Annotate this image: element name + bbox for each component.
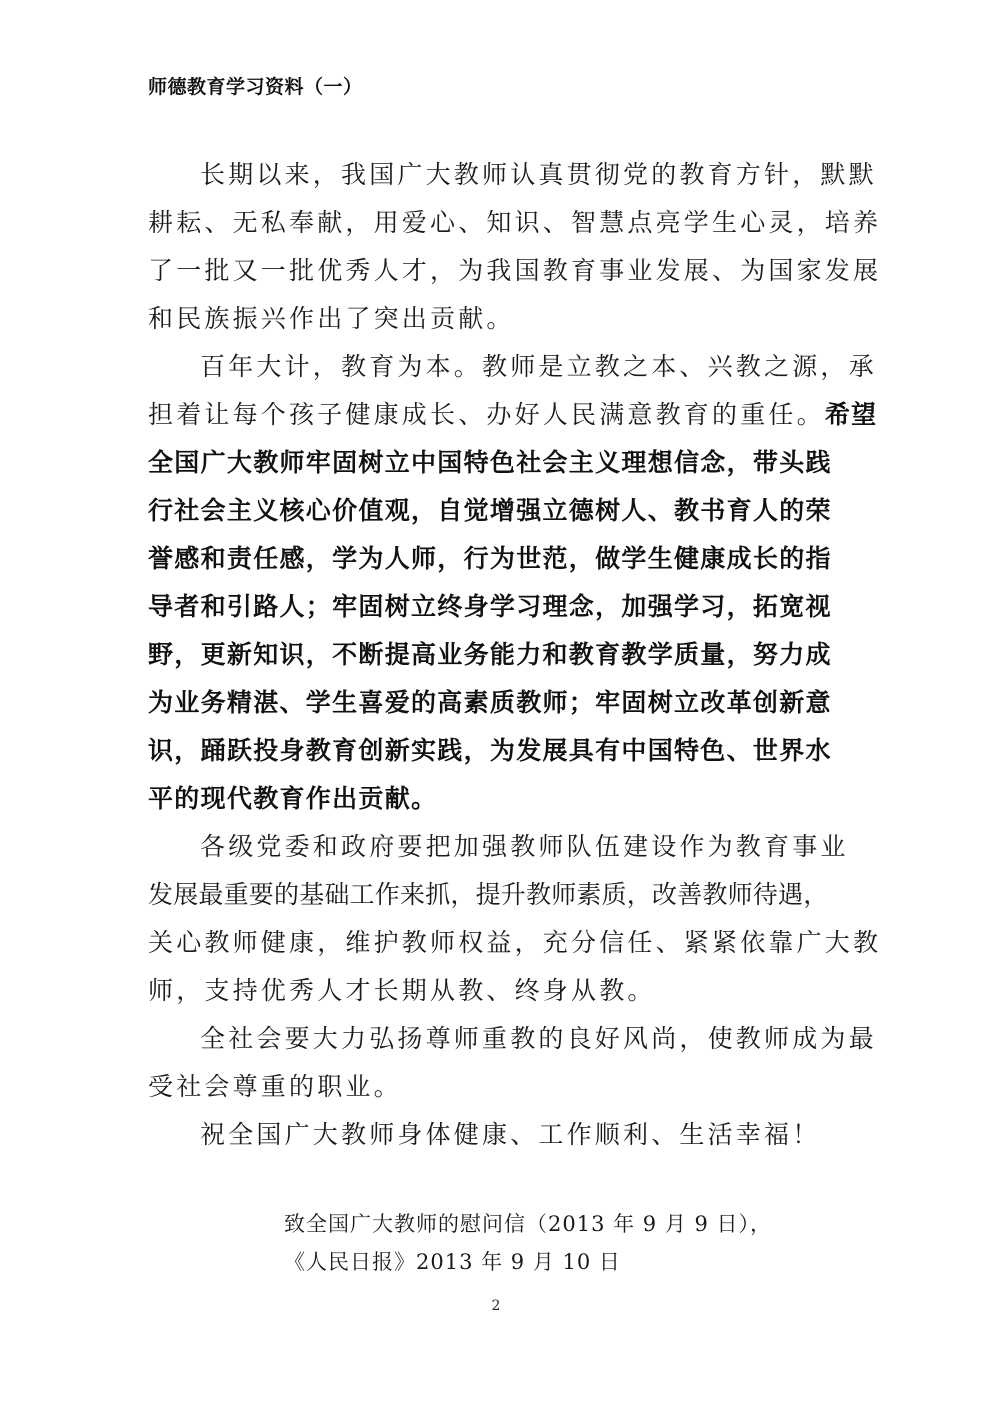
paragraph-2-line-8: 为业务精湛、学生喜爱的高素质教师；牢固树立改革创新意	[148, 688, 848, 718]
paragraph-2-line-10: 平的现代教育作出贡献。	[148, 784, 848, 814]
paragraph-2-line-7: 野，更新知识，不断提高业务能力和教育教学质量，努力成	[148, 640, 848, 670]
paragraph-2-line-1: 百年大计，教育为本。教师是立教之本、兴教之源，承	[200, 352, 900, 382]
paragraph-2-line-4: 行社会主义核心价值观，自觉增强立德树人、教书育人的荣	[148, 496, 848, 526]
paragraph-3-line-3: 关心教师健康，维护教师权益，充分信任、紧紧依靠广大教	[148, 928, 848, 958]
paragraph-5-line-1: 祝全国广大教师身体健康、工作顺利、生活幸福！	[200, 1120, 900, 1150]
paragraph-2-line-2: 担着让每个孩子健康成长、办好人民满意教育的重任。希望	[148, 400, 848, 430]
paragraph-1-line-2: 耕耘、无私奉献，用爱心、知识、智慧点亮学生心灵，培养	[148, 208, 848, 238]
paragraph-1-line-1: 长期以来，我国广大教师认真贯彻党的教育方针，默默	[200, 160, 900, 190]
page-number: 2	[0, 1298, 992, 1314]
paragraph-4-line-2: 受社会尊重的职业。	[148, 1072, 848, 1102]
paragraph-2-line-2-bold: 希望	[825, 400, 878, 429]
paragraph-3-line-4: 师，支持优秀人才长期从教、终身从教。	[148, 976, 848, 1006]
paragraph-2-line-6: 导者和引路人；牢固树立终身学习理念，加强学习，拓宽视	[148, 592, 848, 622]
paragraph-4-line-1: 全社会要大力弘扬尊师重教的良好风尚，使教师成为最	[200, 1024, 900, 1054]
paragraph-1-line-3: 了一批又一批优秀人才，为我国教育事业发展、为国家发展	[148, 256, 848, 286]
citation-line-2: 《人民日报》2013 年 9 月 10 日	[284, 1246, 621, 1276]
paragraph-1-line-4: 和民族振兴作出了突出贡献。	[148, 304, 848, 334]
document-page: 师德教育学习资料（一） 长期以来，我国广大教师认真贯彻党的教育方针，默默 耕耘、…	[0, 0, 992, 1403]
header-title: 师德教育学习资料（一）	[148, 72, 363, 99]
paragraph-3-line-1: 各级党委和政府要把加强教师队伍建设作为教育事业	[200, 832, 900, 862]
paragraph-2-line-9: 识，踊跃投身教育创新实践，为发展具有中国特色、世界水	[148, 736, 848, 766]
paragraph-2-line-5: 誉感和责任感，学为人师，行为世范，做学生健康成长的指	[148, 544, 848, 574]
paragraph-2-line-3: 全国广大教师牢固树立中国特色社会主义理想信念，带头践	[148, 448, 848, 478]
paragraph-3-line-2: 发展最重要的基础工作来抓，提升教师素质，改善教师待遇，	[148, 880, 848, 910]
paragraph-2-line-2-regular: 担着让每个孩子健康成长、办好人民满意教育的重任。	[148, 400, 825, 429]
citation-line-1: 致全国广大教师的慰问信（2013 年 9 月 9 日），	[284, 1208, 772, 1238]
